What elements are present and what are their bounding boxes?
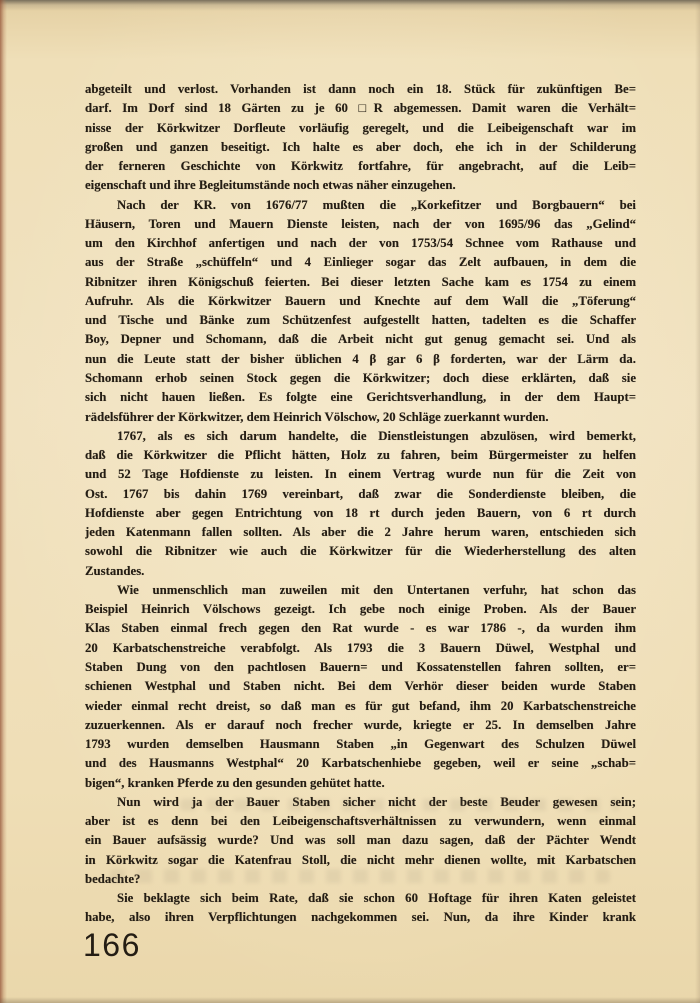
text-line: wieder einmal recht dreist, so daß man e… bbox=[85, 697, 636, 716]
text-line: Beispiel Heinrich Völschows gezeigt. Ich… bbox=[85, 600, 636, 619]
book-page: abgeteilt und verlost. Vorhanden ist dan… bbox=[0, 0, 700, 1003]
text-line: Hofdienste aber gegen Entrichtung von 18… bbox=[85, 504, 636, 523]
text-line: Zustandes. bbox=[85, 562, 636, 581]
text-line: eigenschaft und ihre Begleitumstände noc… bbox=[85, 176, 636, 195]
text-line: abgeteilt und verlost. Vorhanden ist dan… bbox=[85, 80, 636, 99]
text-line: nisse der Körkwitzer Dorfleute vorläufig… bbox=[85, 119, 636, 138]
showthrough-smudge bbox=[110, 869, 610, 883]
text-line: und 52 Tage Hofdienste zu leisten. In ei… bbox=[85, 465, 636, 484]
text-line: und des Hausmanns Westphal“ 20 Karbatsch… bbox=[85, 754, 636, 773]
text-line: 1767, als es sich darum handelte, die Di… bbox=[85, 427, 636, 446]
text-line: Staben Dung von den pachtlosen Bauern= u… bbox=[85, 658, 636, 677]
text-line: 1793 wurden demselben Hausmann Staben „i… bbox=[85, 735, 636, 754]
text-line: bigen“, kranken Pferde zu den gesunden g… bbox=[85, 774, 636, 793]
text-line: Schomann erhob seinen Stock gegen die Kö… bbox=[85, 369, 636, 388]
text-line: um den Kirchhof anfertigen und nach der … bbox=[85, 234, 636, 253]
text-line: rädelsführer der Körkwitzer, dem Heinric… bbox=[85, 408, 636, 427]
text-line: Ribnitzer ihren Königschuß feierten. Bei… bbox=[85, 273, 636, 292]
text-line: in Körkwitz sogar die Katenfrau Stoll, d… bbox=[85, 851, 636, 870]
text-line: sowohl die Ribnitzer wie auch die Körkwi… bbox=[85, 542, 636, 561]
text-line: zuzuerkennen. Als er darauf noch frecher… bbox=[85, 716, 636, 735]
scan-edge-top bbox=[0, 0, 700, 11]
text-line: habe, also ihren Verpflichtungen nachgek… bbox=[85, 908, 636, 927]
text-line: aber ist es denn bei den Leibeigenschaft… bbox=[85, 812, 636, 831]
scan-edge-right bbox=[695, 0, 700, 1003]
text-line: 20 Karbatschenstreiche verabfolgt. Als 1… bbox=[85, 639, 636, 658]
text-line: aus der Straße „schüffeln“ und 4 Einlieg… bbox=[85, 253, 636, 272]
scan-edge-left bbox=[0, 0, 7, 1003]
text-line: der ferneren Geschichte von Körkwitz for… bbox=[85, 157, 636, 176]
showthrough-smudge bbox=[180, 799, 620, 811]
text-line: ein Bauer aufsässig wurde? Und was soll … bbox=[85, 831, 636, 850]
text-line: sich nicht hauen ließen. Es folgte eine … bbox=[85, 388, 636, 407]
text-line: Wie unmenschlich man zuweilen mit den Un… bbox=[85, 581, 636, 600]
text-line: Aufruhr. Als die Körkwitzer Bauern und K… bbox=[85, 292, 636, 311]
text-line: daß die Körkwitzer die Pflicht hätten, H… bbox=[85, 446, 636, 465]
page-number: 166 bbox=[83, 927, 141, 964]
text-line: darf. Im Dorf sind 18 Gärten zu je 60 □R… bbox=[85, 99, 636, 118]
text-line: großen und ganzen beseitigt. Ich halte e… bbox=[85, 138, 636, 157]
text-line: und Tische und Bänke zum Schützenfest au… bbox=[85, 311, 636, 330]
text-line: nun die Leute statt der bisher üblichen … bbox=[85, 350, 636, 369]
text-line: Nach der KR. von 1676/77 mußten die „Kor… bbox=[85, 196, 636, 215]
scan-edge-bottom bbox=[0, 997, 700, 1003]
text-line: schienen Westphal und Staben nicht. Bei … bbox=[85, 677, 636, 696]
text-line: Sie beklagte sich beim Rate, daß sie sch… bbox=[85, 889, 636, 908]
text-line: Boy, Depner und Schomann, daß die Arbeit… bbox=[85, 330, 636, 349]
text-line: Klas Staben einmal frech gegen den Rat w… bbox=[85, 619, 636, 638]
text-line: jeden Katenmann fallen sollten. Als aber… bbox=[85, 523, 636, 542]
text-line: Häusern, Toren und Mauern Dienste leiste… bbox=[85, 215, 636, 234]
text-line: Ost. 1767 bis dahin 1769 vereinbart, daß… bbox=[85, 485, 636, 504]
